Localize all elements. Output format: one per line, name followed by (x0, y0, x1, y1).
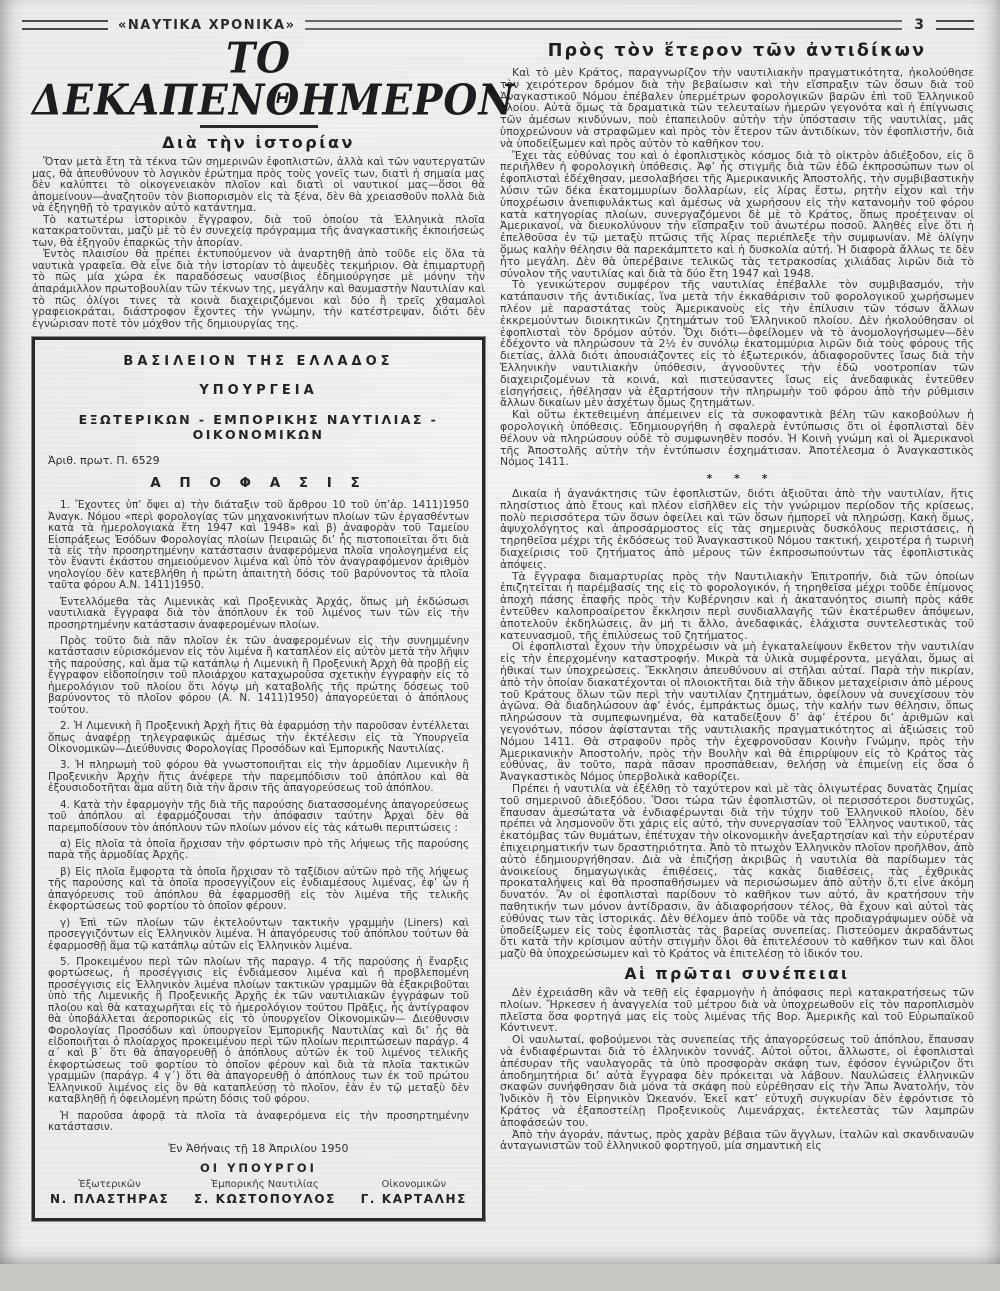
paragraph: Καὶ τὸ μὲν Κράτος, παραγνωρίζον τὴν ναυτ… (500, 67, 974, 150)
decree-header: ΒΑΣΙΛΕΙΟΝ ΤΗΣ ΕΛΛΑΔΟΣ ΥΠΟΥΡΓΕΙΑ ΕΞΩΤΕΡΙΚ… (48, 354, 469, 442)
publication-title: «ΝΑΥΤΙΚΑ ΧΡΟΝΙΚΑ» (118, 18, 295, 33)
paragraph: Οἱ ναυλωταί, φοβούμενοι τὰς συνεπείας τῆ… (500, 1034, 974, 1128)
masthead-rule-middle (305, 20, 902, 30)
masthead-rule-left (22, 20, 108, 30)
decision-heading: Α Π Ο Φ Α Σ Ι Σ (48, 475, 469, 491)
signature-ministry: Οἰκονομικῶν (361, 1179, 467, 1190)
paragraph: Τὰ ἔγγραφα διαμαρτυρίας πρὸς τὴν Ναυτιλι… (500, 571, 974, 642)
article-text: Καὶ τὸ μὲν Κράτος, παραγνωρίζον τὴν ναυτ… (500, 67, 974, 468)
signature: Οἰκονομικῶν Γ. ΚΑΡΤΑΛΗΣ (361, 1179, 467, 1206)
paragraph: Ὅταν μετὰ ἔτη τὰ τέκνα τῶν σημερινῶν ἐφο… (32, 157, 485, 215)
paragraph: 3. Ἡ πληρωμὴ τοῦ φόρου θὰ γνωστοποιῆται … (48, 760, 469, 794)
date-line: Ἐν Ἀθήναις τῇ 18 Ἀπριλίου 1950 (48, 1142, 469, 1155)
paragraph: α) Εἰς πλοῖα τὰ ὁποῖα ἤρχισαν τὴν φόρτωσ… (48, 839, 469, 862)
article-heading: Πρὸς τὸν ἕτερον τῶν ἀντιδίκων (500, 41, 974, 61)
signature: Ἐμπορικῆς Ναυτιλίας Σ. ΚΩΣΤΟΠΟΥΛΟΣ (194, 1179, 336, 1206)
paragraph: Δικαία ἡ ἀγανάκτησις τῶν ἐφοπλιστῶν, διό… (500, 488, 974, 571)
paragraph: Καὶ οὕτω ἐκτεθειμένη ἀπέμεινεν εἰς τὰ συ… (500, 409, 974, 468)
paragraph: Ἐντὸς πλαισίου θὰ πρέπει ἐκτυπούμενον νὰ… (32, 249, 485, 330)
paragraph: Οἱ ἐφοπλισταὶ ἔχουν τὴν ὑποχρέωσιν νὰ μὴ… (500, 641, 974, 783)
paragraph: Ἐντελλόμεθα τὰς Λιμενικὰς καὶ Προξενικὰς… (48, 597, 469, 631)
signature-ministry: Ἐμπορικῆς Ναυτιλίας (194, 1179, 336, 1190)
paragraph: γ) Ἐπὶ τῶν πλοίων τῶν ἐκτελούντων τακτικ… (48, 918, 469, 952)
kingdom-heading: ΒΑΣΙΛΕΙΟΝ ΤΗΣ ΕΛΛΑΔΟΣ (48, 354, 469, 369)
newspaper-page: «ΝΑΥΤΙΚΑ ΧΡΟΝΙΚΑ» 3 ΤΟ ΔΕΚΑΠΕΝΘΗΜΕΡΟΝ Δι… (0, 0, 1000, 1264)
masthead-rule-right (936, 20, 974, 30)
paragraph: 4. Κατὰ τὴν ἐφαρμογὴν τῆς διὰ τῆς παρούσ… (48, 800, 469, 834)
signature-name: Σ. ΚΩΣΤΟΠΟΥΛΟΣ (194, 1192, 336, 1206)
paragraph: Τὸ κατωτέρω ἱστορικὸν ἔγγραφον, διὰ τοῦ … (32, 215, 485, 250)
decree-box: ΒΑΣΙΛΕΙΟΝ ΤΗΣ ΕΛΛΑΔΟΣ ΥΠΟΥΡΓΕΙΑ ΕΞΩΤΕΡΙΚ… (32, 337, 485, 1220)
paragraph: Ἡ παροῦσα ἀφορᾷ τὰ πλοῖα τὰ ἀναφερόμενα … (48, 1111, 469, 1134)
right-column: Πρὸς τὸν ἕτερον τῶν ἀντιδίκων Καὶ τὸ μὲν… (500, 39, 974, 1221)
paragraph: Τὸ γενικώτερον συμφέρον τῆς ναυτιλίας ἐπ… (500, 279, 974, 409)
paragraph: Δὲν ἐχρειάσθη κἂν νὰ τεθῇ εἰς ἐφαρμογὴν … (500, 987, 974, 1034)
signature-name: Γ. ΚΑΡΤΑΛΗΣ (361, 1192, 467, 1206)
asterisk-separator: * * * (500, 472, 974, 485)
decree-text: 1. Ἔχοντες ὑπ’ ὄψει α) τὴν διάταξιν τοῦ … (48, 500, 469, 1133)
ministries-heading: ΥΠΟΥΡΓΕΙΑ (48, 383, 469, 398)
paragraph: Πρέπει ἡ ναυτιλία νὰ ἐξέλθῃ τὸ ταχύτερον… (500, 783, 974, 960)
paragraph: Ἔχει τὰς εὐθύνας του καὶ ὁ ἐφοπλιστικὸς … (500, 150, 974, 280)
section-heading: Διὰ τὴν ἱστορίαν (32, 133, 485, 152)
paragraph: 5. Προκειμένου περὶ τῶν πλοίων τῆς παραγ… (48, 957, 469, 1106)
signature-ministry: Ἐξωτερικῶν (50, 1179, 169, 1190)
consequences-text: Δὲν ἐχρειάσθη κἂν νὰ τεθῇ εἰς ἐφαρμογὴν … (500, 987, 974, 1152)
paragraph: 1. Ἔχοντες ὑπ’ ὄψει α) τὴν διάταξιν τοῦ … (48, 500, 469, 592)
ministries-list-heading: ΕΞΩΤΕΡΙΚΩΝ - ΕΜΠΟΡΙΚΗΣ ΝΑΥΤΙΛΙΑΣ - ΟΙΚΟΝ… (48, 412, 469, 442)
paragraph: β) Εἰς πλοῖα ἔμφορτα τὰ ὁποῖα ἤρχισαν τὸ… (48, 867, 469, 913)
protocol-number: Ἀριθ. πρωτ. Π. 6529 (48, 454, 469, 467)
page-number: 3 (912, 17, 926, 33)
columns: ΤΟ ΔΕΚΑΠΕΝΘΗΜΕΡΟΝ Διὰ τὴν ἱστορίαν Ὅταν … (0, 37, 1000, 1221)
intro-text: Ὅταν μετὰ ἔτη τὰ τέκνα τῶν σημερινῶν ἐφο… (32, 157, 485, 330)
signature-block: Ἐξωτερικῶν Ν. ΠΛΑΣΤΗΡΑΣ Ἐμπορικῆς Ναυτιλ… (48, 1179, 469, 1208)
paragraph: 2. Ἡ Λιμενικὴ ἢ Προξενικὴ Ἀρχὴ ἥτις θὰ ἐ… (48, 721, 469, 755)
article-text: Δικαία ἡ ἀγανάκτησις τῶν ἐφοπλιστῶν, διό… (500, 488, 974, 960)
consequences-heading: Αἱ πρῶται συνέπειαι (500, 965, 974, 983)
signature: Ἐξωτερικῶν Ν. ΠΛΑΣΤΗΡΑΣ (50, 1179, 169, 1206)
left-column: ΤΟ ΔΕΚΑΠΕΝΘΗΜΕΡΟΝ Διὰ τὴν ἱστορίαν Ὅταν … (32, 39, 485, 1221)
ministers-heading: ΟΙ ΥΠΟΥΡΓΟΙ (48, 1161, 469, 1175)
title-rule (200, 125, 318, 128)
paragraph: Πρὸς τοῦτο διὰ πᾶν πλοῖον ἐκ τῶν ἀναφερο… (48, 636, 469, 716)
article-title: ΤΟ ΔΕΚΑΠΕΝΘΗΜΕΡΟΝ (32, 38, 485, 122)
masthead: «ΝΑΥΤΙΚΑ ΧΡΟΝΙΚΑ» 3 (0, 0, 1000, 37)
signature-name: Ν. ΠΛΑΣΤΗΡΑΣ (50, 1192, 169, 1206)
paragraph: Ἀπὸ τὴν ἀγοράν, πάντως, πρὸς χαρὰν βέβαι… (500, 1129, 974, 1153)
